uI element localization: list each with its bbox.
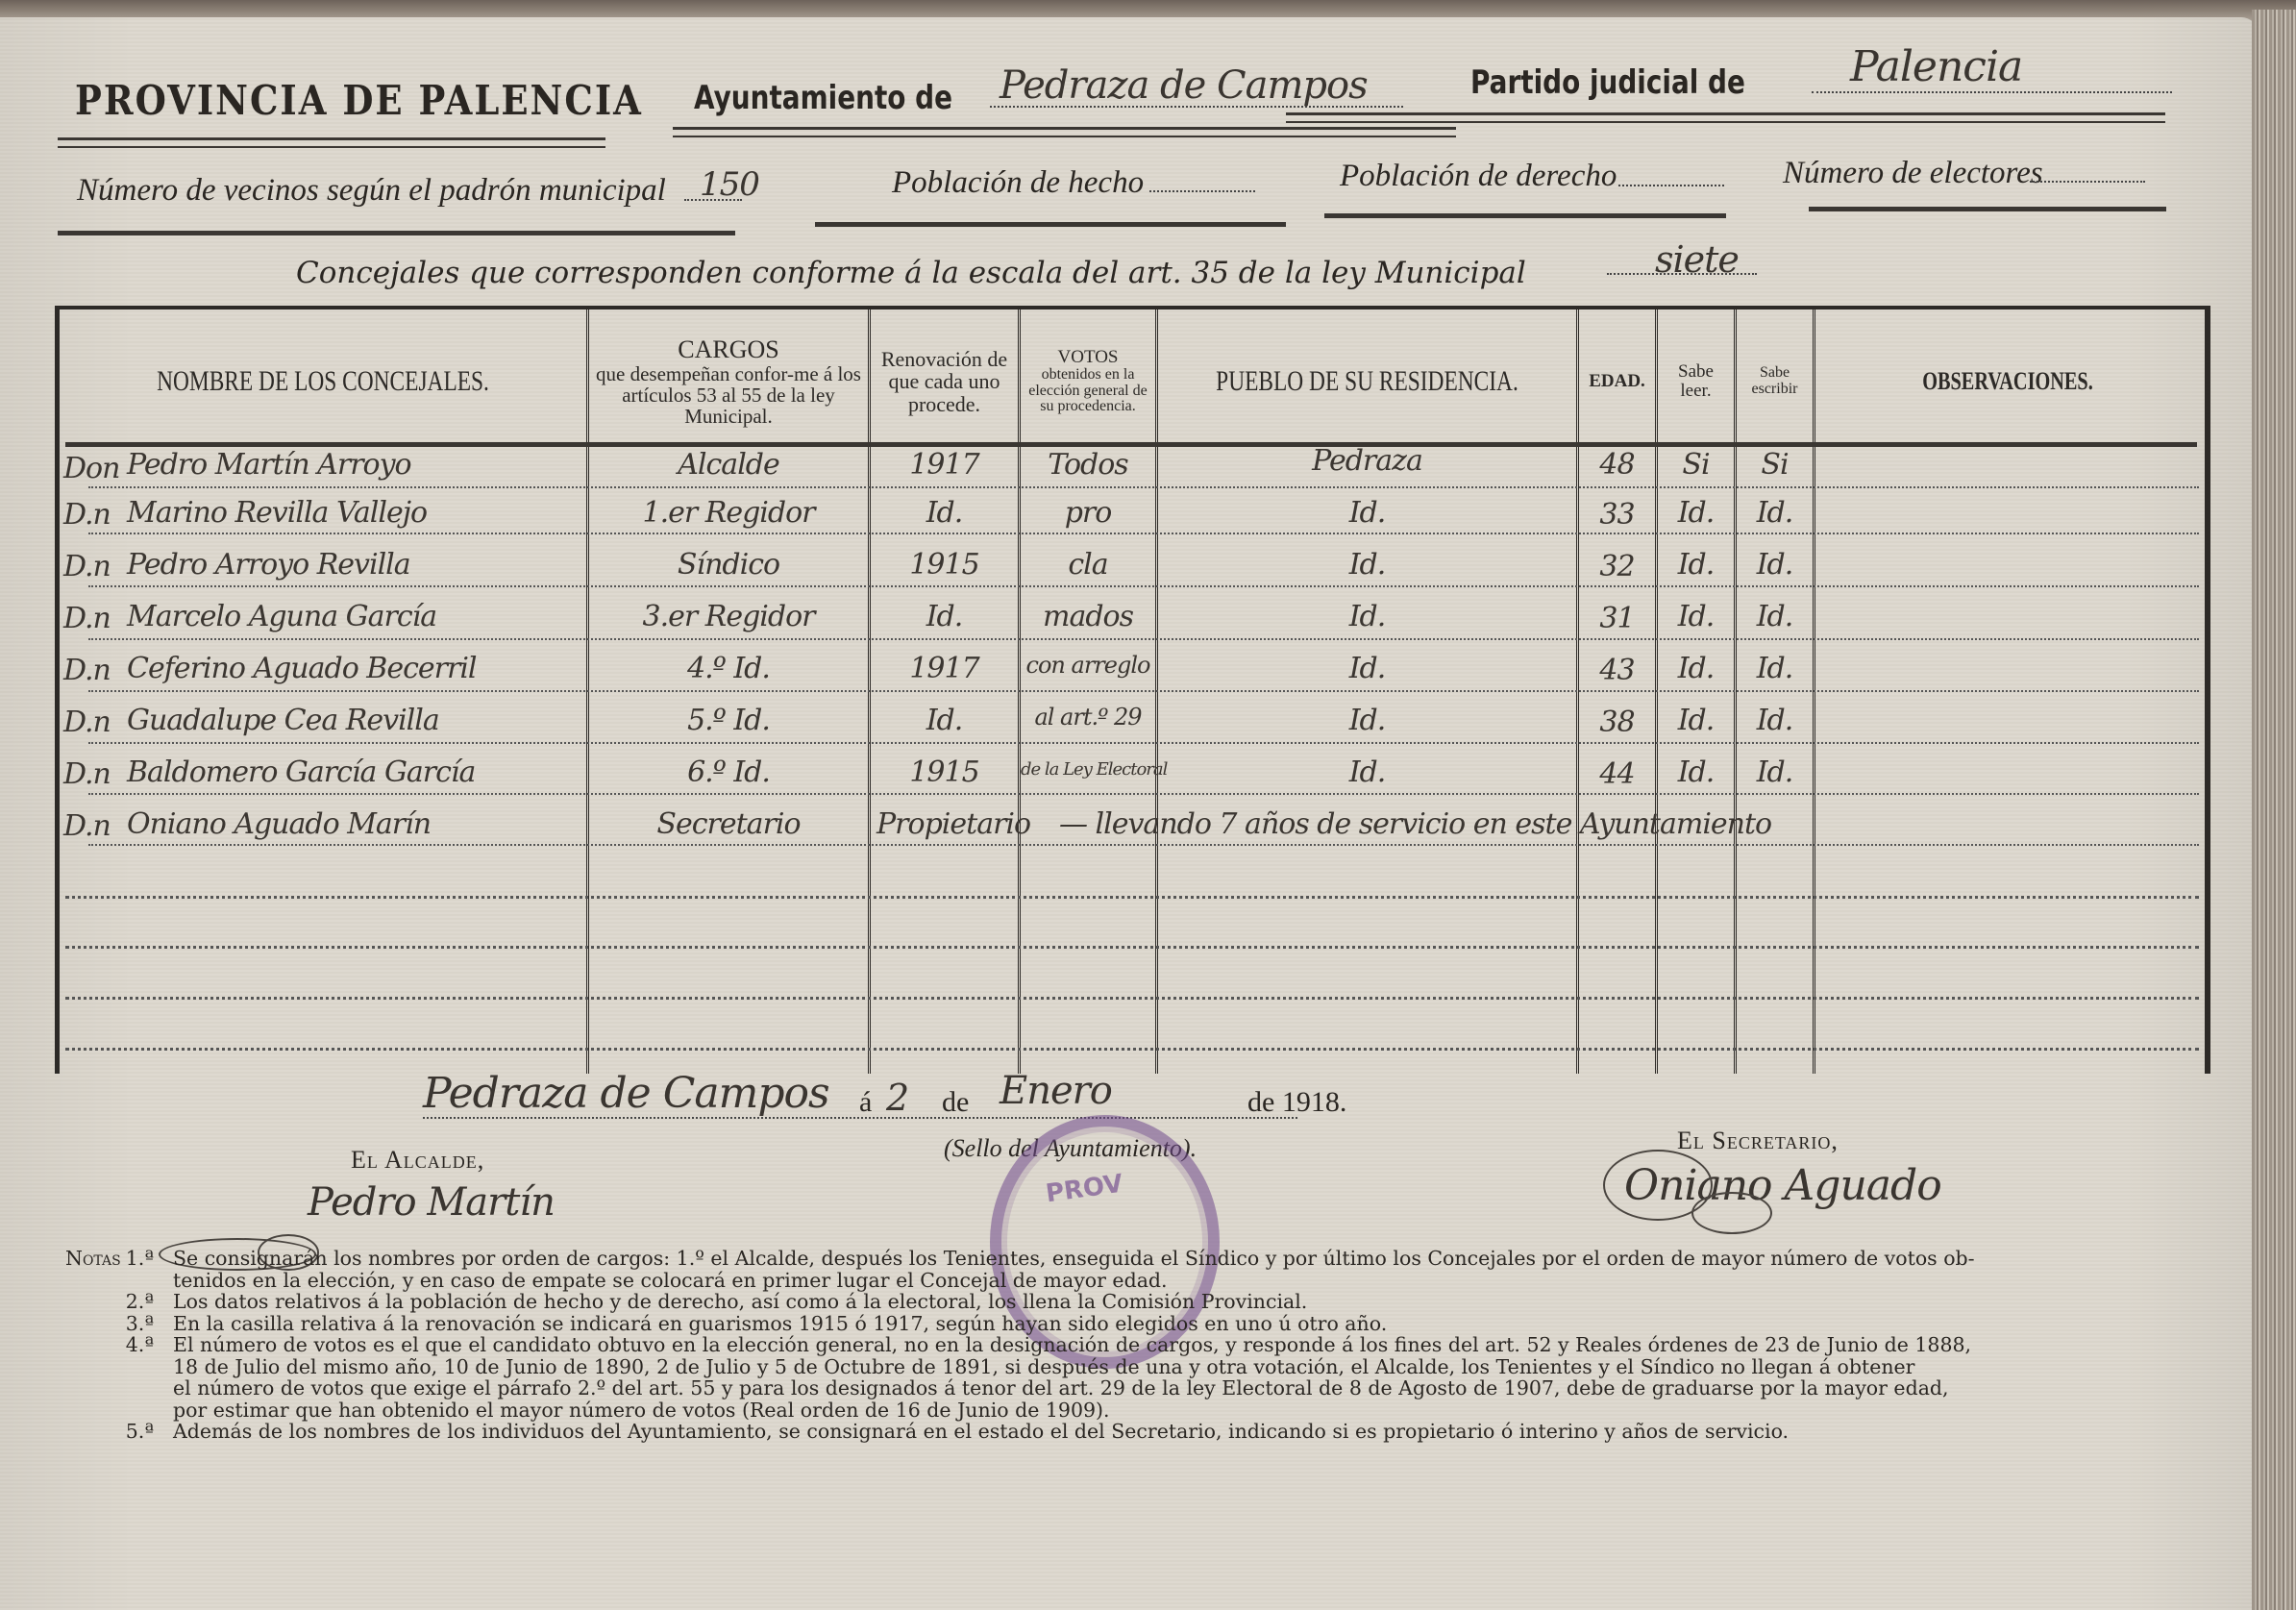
note-text: Se consignarán los nombres por orden de … [173,1248,2218,1270]
renovacion: Id. [871,496,1018,530]
edad: 31 [1579,602,1655,635]
cargo: 6.º Id. [589,755,868,789]
sabe-escribir: Id. [1737,600,1813,633]
sabe-escribir: Id. [1737,496,1813,530]
edad: 43 [1579,654,1655,687]
row-line [88,793,2199,795]
header-rule [65,442,2197,447]
row-line [88,486,2199,488]
name-prefix: D.n [63,550,111,583]
cargo: 5.º Id. [589,704,868,737]
notes-section: Notas 1.ª Se consignarán los nombres por… [65,1248,2218,1443]
pueblo: Id. [1158,755,1576,789]
row-line [88,844,2199,846]
note-item: 1.ª Se consignarán los nombres por orden… [65,1248,2218,1270]
partido-judicial-label: Partido judicial de [1470,63,1745,102]
renovacion: 1917 [871,448,1018,482]
note-text: En la casilla relativa á la renovación s… [173,1313,2218,1335]
header-votos: VOTOS obtenidos en la elección general d… [1021,319,1155,444]
renovacion: Id. [871,704,1018,737]
edad: 32 [1579,550,1655,583]
poblacion-hecho-field[interactable] [1149,190,1255,192]
concejal-name: Pedro Martín Arroyo [127,448,411,482]
row-line [88,690,2199,692]
secretario-note: — llevando 7 años de servicio en este Ay… [1059,807,1771,841]
cargo: 1.er Regidor [589,496,868,530]
pueblo: Id. [1158,548,1576,582]
partido-judicial-value: Palencia [1850,42,2022,91]
date-year: de 1918. [1247,1086,1346,1119]
header-nombre: NOMBRE DE LOS CONCEJALES. [60,319,586,444]
rule [1286,112,2165,123]
sabe-leer: Id. [1658,755,1734,789]
signature-flourish [1691,1192,1772,1234]
row-line [65,896,2199,899]
date-place: Pedraza de Campos [423,1069,829,1118]
sabe-escribir: Id. [1737,704,1813,737]
sabe-escribir: Id. [1737,755,1813,789]
votos: con arreglo [1021,652,1155,679]
note-text: tenidos en la elección, y en caso de emp… [65,1270,2218,1292]
edad: 33 [1579,498,1655,532]
votos: mados [1021,600,1155,633]
note-item: 4.ª El número de votos es el que el cand… [65,1334,2218,1356]
name-prefix: D.n [63,498,111,532]
sabe-escribir: Si [1737,448,1813,482]
rule [1324,213,1726,218]
votos: cla [1021,548,1155,582]
sabe-leer: Si [1658,448,1734,482]
cargo: Alcalde [589,448,868,482]
name-prefix: D.n [63,654,111,687]
concejales-table: NOMBRE DE LOS CONCEJALES. CARGOS que des… [55,306,2210,1074]
note-text: 18 de Julio del mismo año, 10 de Junio d… [65,1356,2218,1378]
renovacion: Propietario [876,807,1030,841]
partido-field-line [1812,91,2172,93]
renovacion: 1915 [871,548,1018,582]
electores-field[interactable] [2030,181,2145,183]
cargo: Secretario [589,807,868,841]
note-number: 4.ª [65,1334,173,1356]
note-text: Los datos relativos á la población de he… [173,1291,2218,1313]
rule [58,137,605,148]
concejal-name: Ceferino Aguado Becerril [127,652,477,685]
renovacion: 1917 [871,652,1018,685]
row-line [88,742,2199,744]
concejal-name: Marino Revilla Vallejo [127,496,427,530]
header-pueblo: PUEBLO DE SU RESIDENCIA. [1158,319,1576,444]
poblacion-derecho-field[interactable] [1618,185,1724,186]
sabe-escribir: Id. [1737,652,1813,685]
votos: al art.º 29 [1021,704,1155,731]
concejales-value: siete [1655,238,1739,281]
name-prefix: D.n [63,706,111,739]
cargo: Síndico [589,548,868,582]
name-prefix: D.n [63,602,111,635]
note-item: 2.ª Los datos relativos á la población d… [65,1291,2218,1313]
votos: de la Ley Electoral [1021,759,1155,780]
cargo: 3.er Regidor [589,600,868,633]
ayuntamiento-label: Ayuntamiento de [694,79,952,117]
date-de: de [942,1086,969,1119]
row-line [65,997,2199,1000]
edad: 38 [1579,706,1655,739]
concejal-name: Pedro Arroyo Revilla [127,548,410,582]
sabe-escribir: Id. [1737,548,1813,582]
sabe-leer: Id. [1658,600,1734,633]
note-number: 3.ª [65,1313,173,1335]
date-a: á [859,1086,872,1119]
header-sabe-escribir: Sabe escribir [1737,319,1813,444]
date-day: 2 [886,1077,908,1119]
note-text: Además de los nombres de los individuos … [173,1421,2218,1443]
sabe-leer: Id. [1658,496,1734,530]
row-line [88,585,2199,587]
header-sabe-leer: Sabe leer. [1658,319,1734,444]
row-line [65,946,2199,949]
note-number: 2.ª [65,1291,173,1313]
rule [1809,207,2166,211]
renovacion: 1915 [871,755,1018,789]
note-number: 5.ª [65,1421,173,1443]
sabe-leer: Id. [1658,652,1734,685]
pueblo: Id. [1158,704,1576,737]
poblacion-derecho-label: Población de derecho [1340,159,1617,194]
note-item: 3.ª En la casilla relativa á la renovaci… [65,1313,2218,1335]
row-line [88,638,2199,640]
rule [815,222,1286,227]
alcalde-signature: Pedro Martín [308,1180,555,1225]
ayuntamiento-value: Pedraza de Campos [1000,63,1368,108]
note-text: El número de votos es el que el candidat… [173,1334,2218,1356]
vecinos-value: 150 [700,165,759,204]
vecinos-label: Número de vecinos según el padrón munici… [77,173,666,209]
header-observaciones: OBSERVACIONES. [1815,319,2200,444]
rule [58,231,735,235]
book-page-edges [2252,10,2296,1610]
pueblo: Id. [1158,652,1576,685]
header-renovacion: Renovación de que cada uno procede. [871,319,1018,444]
date-month: Enero [1000,1069,1112,1113]
concejal-name: Baldomero García García [127,755,475,789]
pueblo: Pedraza [1158,444,1576,478]
name-prefix: D.n [63,757,111,791]
electores-label: Número de electores [1783,156,2043,191]
pueblo: Id. [1158,600,1576,633]
concejal-name: Oniano Aguado Marín [127,807,431,841]
sabe-leer: Id. [1658,548,1734,582]
edad: 44 [1579,757,1655,791]
note-item: 5.ª Además de los nombres de los individ… [65,1421,2218,1443]
poblacion-hecho-label: Población de hecho [892,165,1144,201]
votos: pro [1021,496,1155,530]
provincia-title: PROVINCIA DE PALENCIA [75,76,643,125]
alcalde-label: El Alcalde, [351,1146,484,1175]
pueblo: Id. [1158,496,1576,530]
header-cargos: CARGOS que desempeñan confor-me á los ar… [589,319,868,444]
notes-label: Notas [65,1248,121,1270]
header-edad: EDAD. [1579,319,1655,444]
row-line [65,1048,2199,1051]
concejal-name: Marcelo Aguna García [127,600,436,633]
votos: Todos [1021,448,1155,482]
sabe-leer: Id. [1658,704,1734,737]
concejal-name: Guadalupe Cea Revilla [127,704,439,737]
renovacion: Id. [871,600,1018,633]
concejales-label: Concejales que corresponden conforme á l… [296,256,1526,290]
rule [673,127,1456,137]
note-text: por estimar que han obtenido el mayor nú… [65,1399,2218,1422]
row-line [88,533,2199,534]
note-text: el número de votos que exige el párrafo … [65,1377,2218,1399]
name-prefix: Don [63,452,119,485]
secretario-label: El Secretario, [1677,1127,1839,1155]
name-prefix: D.n [63,809,111,843]
cargo: 4.º Id. [589,652,868,685]
edad: 48 [1579,448,1655,482]
